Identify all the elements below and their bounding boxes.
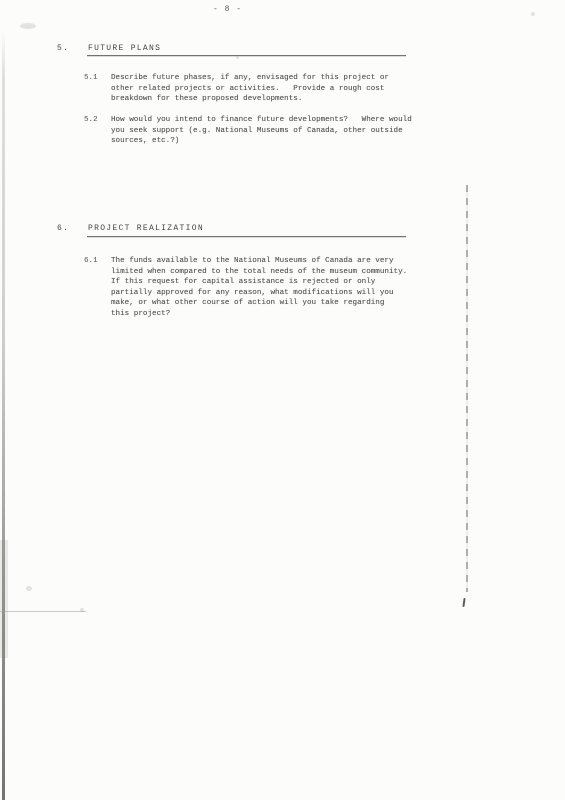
clause-text: Describe future phases, if any, envisage… (111, 73, 423, 105)
scan-line-vertical (466, 185, 468, 592)
clause-text: The funds available to the National Muse… (111, 256, 423, 319)
scan-speck (20, 23, 36, 29)
scan-line-horizontal (0, 611, 86, 612)
section-number: 6. (57, 224, 69, 233)
section-number: 5. (57, 44, 69, 53)
section-title: FUTURE PLANS (88, 44, 161, 53)
scan-speck (80, 608, 84, 612)
page-edge-shadow (2, 30, 5, 800)
scan-speck (531, 12, 535, 16)
clause-number: 5.1 (84, 73, 98, 84)
section-title-underline (87, 236, 406, 237)
clause-number: 6.1 (84, 256, 98, 267)
page-number: - 8 - (213, 5, 242, 14)
clause-text: How would you intend to finance future d… (111, 115, 423, 147)
scanned-document-page: - 8 - 5. FUTURE PLANS 5.1 Describe futur… (0, 0, 565, 800)
section-title: PROJECT REALIZATION (88, 224, 204, 233)
scan-mark (462, 598, 465, 607)
scan-speck (26, 586, 32, 591)
scan-speck (236, 56, 239, 59)
section-title-underline (87, 55, 406, 56)
clause-number: 5.2 (84, 115, 98, 126)
